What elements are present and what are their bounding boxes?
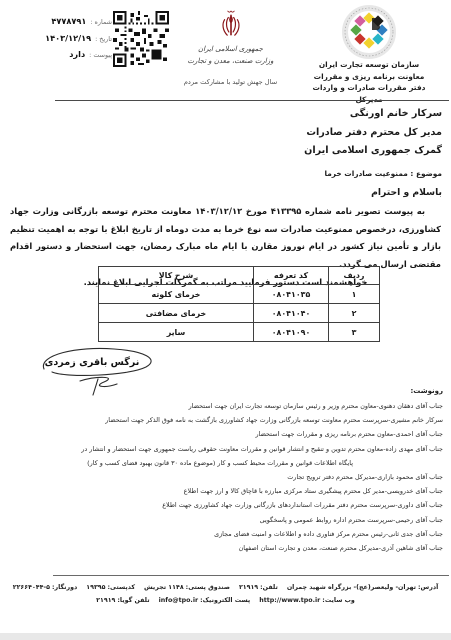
footer-item: پست الکترونیک:info@tpo.ir	[159, 594, 251, 607]
recipient-name: سرکار خانم اورنگی	[304, 105, 442, 124]
bottom-gray-strip	[0, 633, 451, 640]
footer-block: آدرس:تهران- ولیعصر(عج)- بزرگراه شهید چمر…	[14, 581, 437, 607]
tariff-table: ردیف کد تعرفه شرح کالا ۱ ۰۸۰۴۱۰۳۵ خرمای …	[98, 266, 380, 342]
tpo-logo-icon	[293, 5, 445, 59]
cc-item: جناب آقای شاهین آذری-مدیرکل محترم صنعت، …	[8, 541, 443, 555]
cc-item: جناب آقای مهدی زاده-معاون محترم تدوین و …	[8, 442, 443, 456]
header-divider	[55, 100, 449, 101]
cell-goods-desc: خرمای کلوته	[99, 285, 254, 304]
footer-item: آدرس:تهران- ولیعصر(عج)- بزرگراه شهید چمر…	[287, 581, 438, 594]
footer-item: دورنگار:۲۲۶۶۴۰۴۴-۵	[13, 581, 78, 594]
letter-attachment-label: پیوست :	[89, 51, 112, 59]
footer-item-value: ۲۱۹۱۹	[96, 597, 115, 604]
org-office: دفتر مقررات صادرات و واردات	[293, 82, 445, 94]
table-row: ۲ ۰۸۰۴۱۰۴۰ خرمای مضافتی	[99, 304, 380, 323]
footer-item-label: دورنگار:	[52, 584, 77, 591]
recipient-block: سرکار خانم اورنگی مدیر کل محترم دفتر صاد…	[304, 105, 442, 161]
org-header-block: سازمان توسعه تجارت ایران معاونت برنامه ر…	[293, 5, 445, 105]
recipient-title: مدیر کل محترم دفتر صادرات	[304, 124, 442, 143]
letter-number-value: ۴۷۷۸۷۹۱	[51, 16, 86, 26]
cell-tariff-code: ۰۸۰۴۱۰۴۰	[254, 304, 329, 323]
letter-page: سازمان توسعه تجارت ایران معاونت برنامه ر…	[0, 0, 451, 640]
letter-attachment-value: دارد	[69, 49, 85, 59]
footer-item-value: ۲۱۹۱۹	[239, 584, 258, 591]
year-slogan: سال جهش تولید با مشارکت مردم	[158, 78, 303, 86]
footer-item: تلفن گویا:۲۱۹۱۹	[96, 594, 149, 607]
cc-list: جناب آقای دهقان دهنوی-معاون محترم وزیر و…	[8, 399, 443, 555]
column-header-row: ردیف	[329, 267, 380, 285]
letter-number-row: شماره : ۴۷۷۸۷۹۱	[20, 16, 112, 26]
letter-attachment-row: پیوست : دارد	[20, 49, 112, 59]
government-header-block: جمهوری اسلامی ایران وزارت صنعت، معدن و ت…	[168, 10, 293, 67]
cell-row-number: ۳	[329, 323, 380, 342]
footer-item-label: آدرس:	[418, 584, 438, 591]
footer-item-value: تهران- ولیعصر(عج)- بزرگراه شهید چمران	[287, 584, 416, 591]
cc-item: جناب آقای احمدی-معاون محترم برنامه ریزی …	[8, 427, 443, 441]
footer-item-label: پست الکترونیک:	[200, 597, 250, 604]
column-header-code: کد تعرفه	[254, 267, 329, 285]
cc-item: جناب آقای رحیمی-سرپرست محترم اداره روابط…	[8, 513, 443, 527]
cc-item: جناب آقای خدرویسی-مدیر کل محترم پیشگیری …	[8, 484, 443, 498]
cell-row-number: ۱	[329, 285, 380, 304]
salutation: باسلام و احترام	[371, 187, 442, 198]
letter-meta-block: شماره : ۴۷۷۸۷۹۱ تاریخ : ۱۴۰۳/۱۲/۱۹ پیوست…	[20, 16, 112, 66]
org-name: سازمان توسعه تجارت ایران	[293, 59, 445, 71]
cell-goods-desc: سایر	[99, 323, 254, 342]
cc-item: پایگاه اطلاعات قوانین و مقررات محیط کسب …	[8, 456, 443, 470]
body-paragraph: به پیوست تصویر نامه شماره ۴۱۳۳۹۵ مورخ ۱۴…	[10, 203, 441, 273]
cc-heading: رونوشت:	[8, 387, 443, 395]
footer-line-2: وب سایت:http://www.tpo.irپست الکترونیک:i…	[14, 594, 437, 607]
ministry-name: وزارت صنعت، معدن و تجارت	[168, 56, 293, 68]
letter-number-label: شماره :	[90, 18, 112, 26]
cell-tariff-code: ۰۸۰۴۱۰۳۵	[254, 285, 329, 304]
footer-item-value: ۱۹۳۹۵	[86, 584, 105, 591]
letter-date-value: ۱۴۰۳/۱۲/۱۹	[45, 33, 91, 43]
footer-item: تلفن:۲۱۹۱۹	[239, 581, 278, 594]
cell-goods-desc: خرمای مضافتی	[99, 304, 254, 323]
footer-item-value: info@tpo.ir	[159, 594, 199, 607]
tariff-table-header: ردیف کد تعرفه شرح کالا	[99, 267, 380, 285]
country-name: جمهوری اسلامی ایران	[168, 44, 293, 56]
qr-code-icon	[113, 11, 169, 67]
recipient-organization: گمرک جمهوری اسلامی ایران	[304, 142, 442, 161]
org-deputy: معاونت برنامه ریزی و مقررات	[293, 71, 445, 83]
cell-tariff-code: ۰۸۰۴۱۰۹۰	[254, 323, 329, 342]
cc-item: جناب آقای داوری-سرپرست محترم دفتر مقررات…	[8, 498, 443, 512]
cc-item: جناب آقای جدی ثانی-رئیس محترم مرکز فناور…	[8, 527, 443, 541]
tariff-table-body: ۱ ۰۸۰۴۱۰۳۵ خرمای کلوته ۲ ۰۸۰۴۱۰۴۰ خرمای …	[99, 285, 380, 342]
cc-item: سرکار خانم مشیری-سرپرست محترم معاونت توس…	[8, 413, 443, 427]
letter-date-row: تاریخ : ۱۴۰۳/۱۲/۱۹	[20, 33, 112, 43]
footer-item: وب سایت:http://www.tpo.ir	[259, 594, 355, 607]
signer-name: نرگس باقری زمردی	[22, 357, 162, 368]
iran-emblem-icon	[168, 10, 293, 44]
footer-item-label: صندوق پستی:	[186, 584, 230, 591]
footer-item: صندوق پستی:۱۱۴۸ تجریش	[144, 581, 230, 594]
letter-date-label: تاریخ :	[95, 35, 112, 43]
table-row: ۱ ۰۸۰۴۱۰۳۵ خرمای کلوته	[99, 285, 380, 304]
footer-item-label: وب سایت:	[322, 597, 355, 604]
footer-line-1: آدرس:تهران- ولیعصر(عج)- بزرگراه شهید چمر…	[14, 581, 437, 594]
footer-divider	[53, 575, 449, 576]
cc-item: جناب آقای محمود بازاری-مدیرکل محترم دفتر…	[8, 470, 443, 484]
table-row: ۳ ۰۸۰۴۱۰۹۰ سایر	[99, 323, 380, 342]
column-header-desc: شرح کالا	[99, 267, 254, 285]
footer-item-value: ۲۲۶۶۴۰۴۴-۵	[13, 581, 50, 594]
footer-item-value: ۱۱۴۸ تجریش	[144, 584, 184, 591]
footer-item-label: تلفن گویا:	[117, 597, 149, 604]
footer-item-label: کدپستی:	[107, 584, 135, 591]
footer-item-label: تلفن:	[260, 584, 278, 591]
subject-line: موضوع : ممنوعیت صادرات خرما	[324, 169, 442, 178]
cc-item: جناب آقای دهقان دهنوی-معاون محترم وزیر و…	[8, 399, 443, 413]
footer-item: کدپستی:۱۹۳۹۵	[86, 581, 135, 594]
cell-row-number: ۲	[329, 304, 380, 323]
footer-item-value: http://www.tpo.ir	[259, 594, 320, 607]
cc-block: رونوشت: جناب آقای دهقان دهنوی-معاون محتر…	[8, 387, 443, 555]
